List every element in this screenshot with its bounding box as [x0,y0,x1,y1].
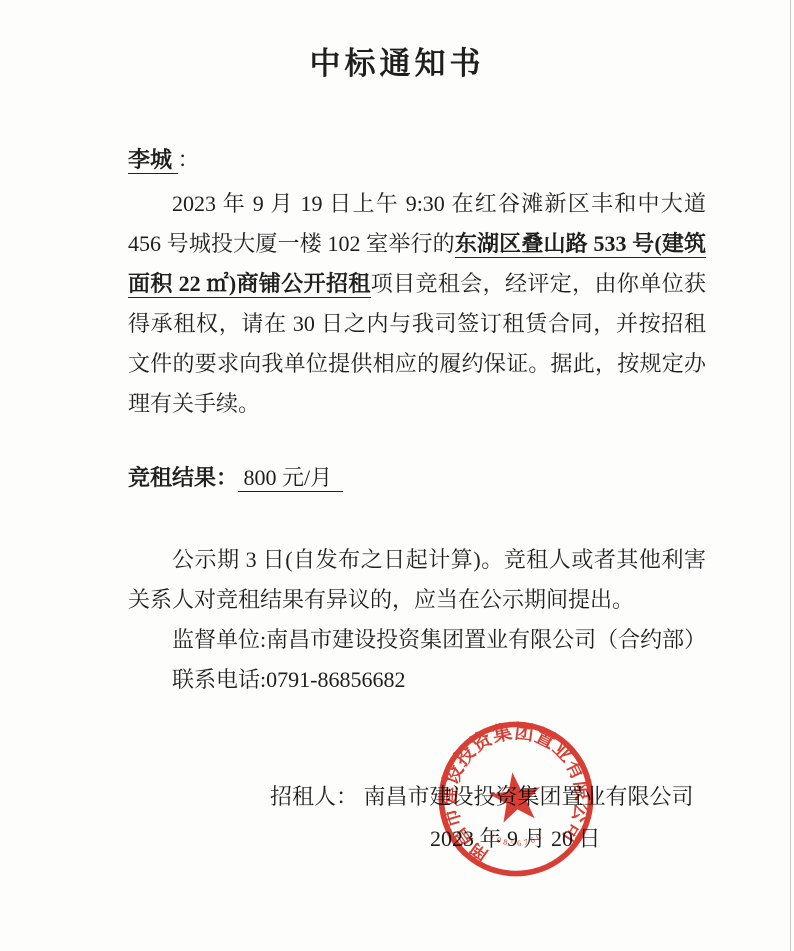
document-page: 中标通知书 李城 ： 2023 年 9 月 19 日上午 9:30 在红谷滩新区… [0,0,794,951]
text-line: 监督单位:南昌市建设投资集团置业有限公司（合约部） [128,620,706,660]
text-line: 公示期 3 日(自发布之日起计算)。竞租人或者其他利害 [128,540,706,580]
result-label: 竞租结果： [128,465,238,490]
text-segment: 项目竞租会，经评定，由你单位获 [371,271,706,296]
company-seal-stamp: 南昌市建设投资集团置业有限公司 10856760 [425,708,608,891]
addressee-colon: ： [178,147,200,172]
property-name-part2: 面积 22 ㎡)商铺公开招租 [128,271,371,298]
bid-result-block: 竞租结果： 800 元/月 [128,458,706,498]
text-line: 联系电话:0791-86856682 [128,660,706,700]
body-paragraph-1: 2023 年 9 月 19 日上午 9:30 在红谷滩新区丰和中大道456 号城… [128,184,706,424]
seal-number-text: 10856760 [488,825,547,852]
body-paragraph-2: 公示期 3 日(自发布之日起计算)。竞租人或者其他利害关系人对竞租结果有异议的，… [128,540,706,700]
text-segment: 理有关手续。 [128,391,260,416]
salutation-line: 李城 ： [128,140,706,180]
supervision-unit: 监督单位:南昌市建设投资集团置业有限公司（合约部） [172,627,706,652]
star-icon [487,769,544,824]
text-line: 文件的要求向我单位提供相应的履约保证。据此，按规定办 [128,344,706,384]
text-line: 得承租权，请在 30 日之内与我司签订租赁合同，并按招租 [128,304,706,344]
text-line: 2023 年 9 月 19 日上午 9:30 在红谷滩新区丰和中大道 [128,184,706,224]
text-line: 面积 22 ㎡)商铺公开招租项目竞租会，经评定，由你单位获 [128,264,706,304]
text-segment: 公示期 3 日(自发布之日起计算)。竞租人或者其他利害 [172,547,706,572]
text-segment: 得承租权，请在 30 日之内与我司签订租赁合同，并按招租 [128,311,706,336]
text-segment: 2023 年 9 月 19 日上午 9:30 在红谷滩新区丰和中大道 [172,191,706,216]
text-segment: 文件的要求向我单位提供相应的履约保证。据此，按规定办 [128,351,706,376]
text-line: 456 号城投大厦一楼 102 室举行的东湖区叠山路 533 号(建筑 [128,224,706,264]
property-name-part1: 东湖区叠山路 533 号(建筑 [455,231,706,258]
addressee-name: 李城 [128,147,178,174]
contact-phone: 联系电话:0791-86856682 [172,667,405,692]
scan-edge-line [790,0,791,951]
result-value: 800 元/月 [238,465,343,492]
text-line: 理有关手续。 [128,384,706,424]
text-segment: 关系人对竞租结果有异议的，应当在公示期间提出。 [128,587,634,612]
document-title: 中标通知书 [0,38,794,83]
salutation-block: 李城 ： [128,140,706,180]
bid-result-line: 竞租结果： 800 元/月 [128,458,706,498]
text-segment: 456 号城投大厦一楼 102 室举行的 [128,231,455,256]
text-line: 关系人对竞租结果有异议的，应当在公示期间提出。 [128,580,706,620]
